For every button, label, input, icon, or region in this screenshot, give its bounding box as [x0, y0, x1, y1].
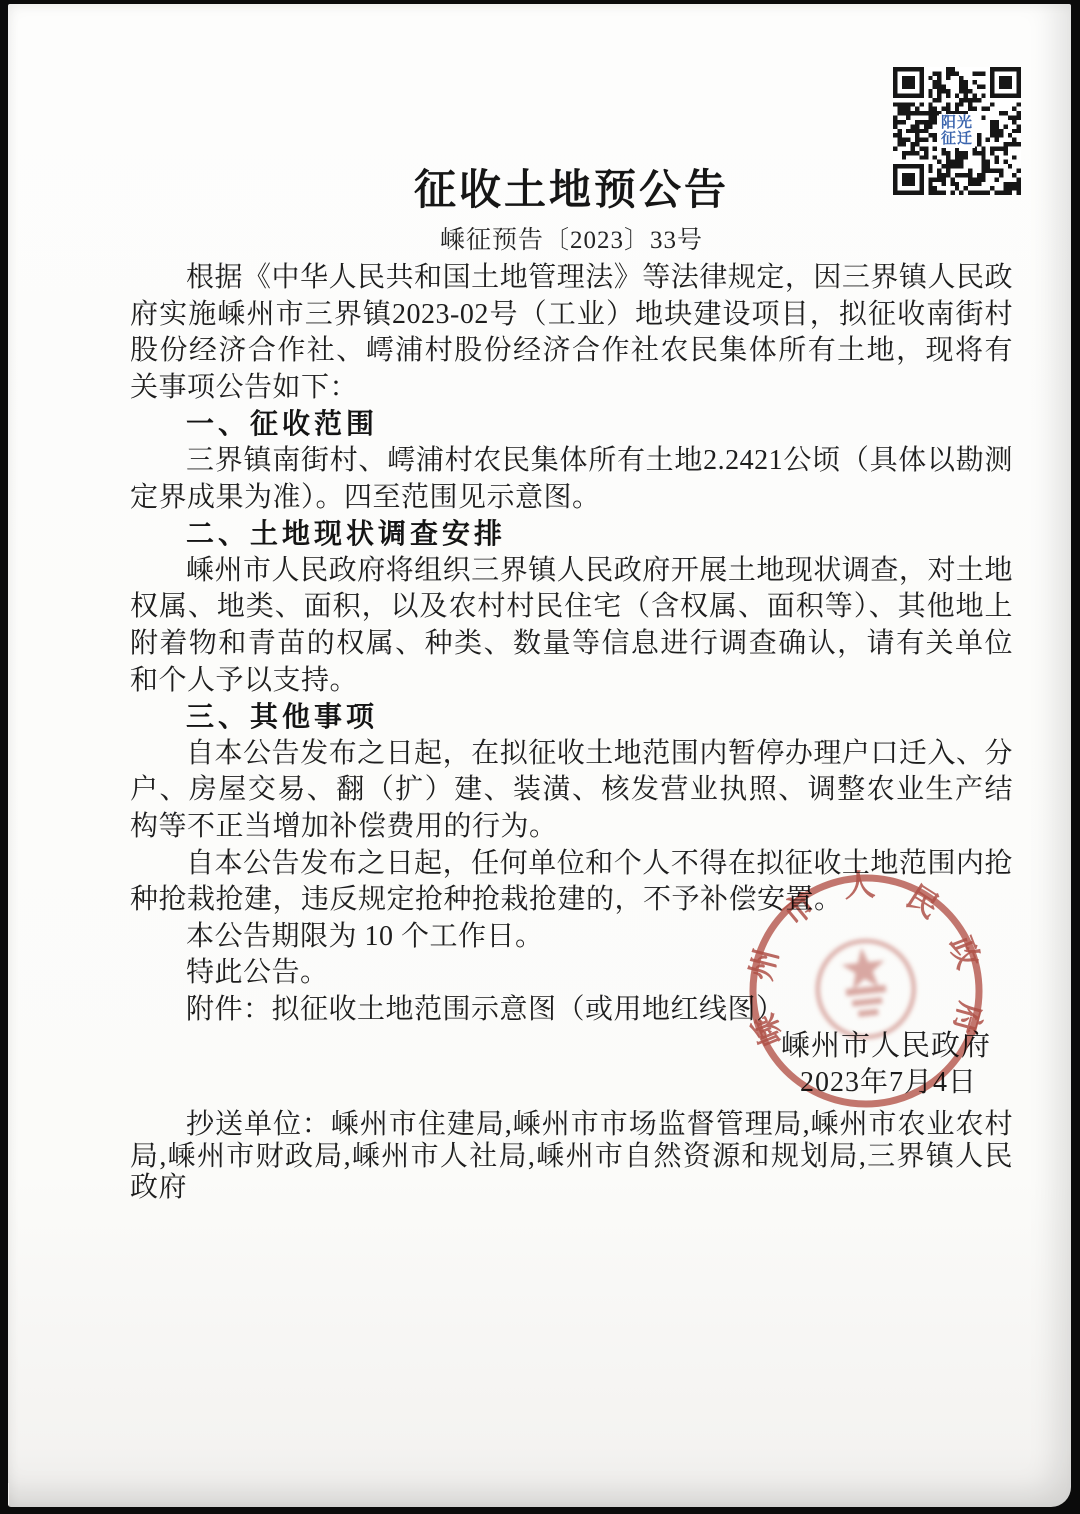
issue-date: 2023年7月4日 — [130, 1065, 1013, 1101]
section-1-paragraph: 三界镇南街村、嶀浦村农民集体所有土地2.2421公顷（具体以勘测定界成果为准）。… — [130, 443, 1013, 516]
cc-distribution-line: 抄送单位：嵊州市住建局,嵊州市市场监督管理局,嵊州市农业农村局,嵊州市财政局,嵊… — [130, 1109, 1013, 1204]
document-body: 根据《中华人民共和国土地管理法》等法律规定，因三界镇人民政府实施嵊州市三界镇20… — [130, 260, 1013, 1028]
section-2-paragraph: 嵊州市人民政府将组织三界镇人民政府开展土地现状调查，对土地权属、地类、面积，以及… — [130, 553, 1013, 699]
issuing-authority: 嵊州市人民政府 — [130, 1028, 1013, 1065]
scanned-page-photo: 阳光 征迁 征收土地预公告 嵊征预告〔2023〕33号 根据《中华人民共和国土地… — [0, 0, 1080, 1514]
qr-label-line1: 阳光 — [941, 115, 973, 131]
qr-center-label: 阳光 征迁 — [939, 114, 975, 148]
qr-code: 阳光 征迁 — [893, 67, 1021, 195]
document-page: 阳光 征迁 征收土地预公告 嵊征预告〔2023〕33号 根据《中华人民共和国土地… — [8, 4, 1071, 1507]
section-2-heading: 二、土地现状调查安排 — [130, 516, 1013, 553]
scan-edge-notch — [8, 1483, 9, 1507]
document-number: 嵊征预告〔2023〕33号 — [130, 224, 1013, 257]
hereby-announced-line: 特此公告。 — [130, 955, 1013, 992]
intro-paragraph: 根据《中华人民共和国土地管理法》等法律规定，因三界镇人民政府实施嵊州市三界镇20… — [130, 260, 1013, 406]
document-content: 征收土地预公告 嵊征预告〔2023〕33号 根据《中华人民共和国土地管理法》等法… — [130, 4, 1013, 1204]
notice-period-line: 本公告期限为 10 个工作日。 — [130, 919, 1013, 956]
section-3-heading: 三、其他事项 — [130, 699, 1013, 736]
attachment-line: 附件：拟征收土地范围示意图（或用地红线图） — [130, 992, 1013, 1029]
section-1-heading: 一、征收范围 — [130, 406, 1013, 443]
signature-block: 嵊州市人民政府 2023年7月4日 — [130, 1028, 1013, 1101]
document-title: 征收土地预公告 — [130, 166, 1013, 216]
section-3-paragraph-2: 自本公告发布之日起，任何单位和个人不得在拟征收土地范围内抢种抢栽抢建，违反规定抢… — [130, 846, 1013, 919]
qr-label-line2: 征迁 — [941, 131, 973, 147]
section-3-paragraph-1: 自本公告发布之日起，在拟征收土地范围内暂停办理户口迁入、分户、房屋交易、翻（扩）… — [130, 736, 1013, 846]
